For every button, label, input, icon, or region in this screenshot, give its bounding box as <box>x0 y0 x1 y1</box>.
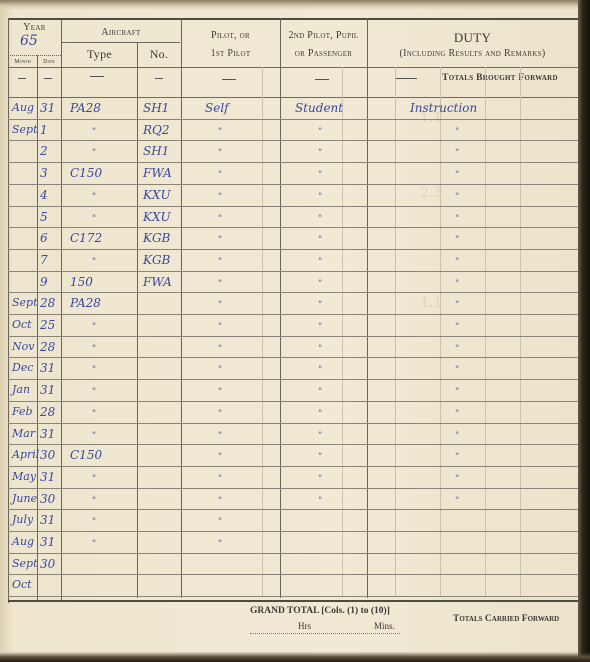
cell-second-pilot: " <box>318 214 322 224</box>
cell-date: 4 <box>40 188 48 202</box>
cell-pilot: " <box>218 517 222 527</box>
cell-month: Feb <box>12 405 33 418</box>
cell-duty: " <box>455 257 459 267</box>
cell-date: 3 <box>40 166 48 180</box>
cell-aircraft-type: " <box>92 474 96 484</box>
row-rule <box>8 379 578 380</box>
cell-aircraft-type: " <box>92 539 96 549</box>
dash <box>222 79 236 80</box>
dash <box>18 78 26 79</box>
mins-label: Mins. <box>374 621 395 631</box>
cell-month: Sept <box>12 557 38 570</box>
cell-duty: " <box>455 344 459 354</box>
cell-aircraft-no: FWA <box>143 166 172 180</box>
cell-aircraft-no: KXU <box>143 210 171 224</box>
cell-month: July <box>12 513 33 526</box>
page-bottom-edge <box>0 652 590 662</box>
col-line-second-duty <box>367 18 368 598</box>
cell-duty: " <box>455 235 459 245</box>
row-rule <box>8 206 578 207</box>
cell-pilot: " <box>218 257 222 267</box>
faint-col-line <box>440 67 441 597</box>
cell-aircraft-no: KGB <box>143 231 170 245</box>
dash <box>90 76 104 77</box>
month-label: Month <box>8 59 37 65</box>
cell-second-pilot: " <box>318 365 322 375</box>
cell-second-pilot: " <box>318 387 322 397</box>
col-line-left <box>8 18 9 603</box>
cell-pilot: " <box>218 409 222 419</box>
cell-month: April <box>12 448 39 461</box>
cell-pilot: " <box>218 214 222 224</box>
duty-title: DUTY <box>367 30 578 46</box>
cell-duty: " <box>455 214 459 224</box>
no-label: No. <box>137 47 181 62</box>
cell-pilot: " <box>218 300 222 310</box>
type-label: Type <box>62 47 137 62</box>
cell-aircraft-type: C150 <box>70 166 102 180</box>
header-bottom-rule <box>8 67 578 68</box>
cell-month: Mar <box>12 427 35 440</box>
cell-pilot: " <box>218 431 222 441</box>
cell-second-pilot: " <box>318 452 322 462</box>
cell-date: 5 <box>40 210 48 224</box>
aircraft-subheader-rule <box>62 42 180 43</box>
dash <box>44 78 52 79</box>
cell-second-pilot: " <box>318 192 322 202</box>
cell-second-pilot: " <box>318 300 322 310</box>
cell-date: 25 <box>40 318 55 332</box>
row-rule <box>8 119 578 120</box>
faint-col-line <box>342 67 343 597</box>
row-rule <box>8 271 578 272</box>
cell-second-pilot: " <box>318 148 322 158</box>
cell-month: Aug <box>12 535 34 548</box>
cell-aircraft-type: " <box>92 409 96 419</box>
cell-aircraft-no: KGB <box>143 253 170 267</box>
cell-aircraft-type: " <box>92 127 96 137</box>
row-rule <box>8 423 578 424</box>
cell-duty: " <box>455 127 459 137</box>
row-rule <box>8 162 578 163</box>
hrs-label: Hrs <box>298 621 311 631</box>
col-line-date-aircraft <box>61 18 62 600</box>
row-rule <box>8 401 578 402</box>
cell-second-pilot: " <box>318 257 322 267</box>
cell-second-pilot: " <box>318 235 322 245</box>
row-rule <box>8 140 578 141</box>
cell-second-pilot: " <box>318 431 322 441</box>
cell-duty: " <box>455 300 459 310</box>
year-dotted-rule <box>8 55 61 57</box>
col-line-no-pilot <box>181 18 182 598</box>
cell-pilot: " <box>218 474 222 484</box>
cell-month: Oct <box>12 318 32 331</box>
cell-aircraft-type: PA28 <box>70 101 101 115</box>
row-rule <box>8 314 578 315</box>
page-top-shadow <box>0 0 590 10</box>
row-rule <box>8 488 578 489</box>
cell-month: Sept <box>12 123 38 136</box>
cell-date: 31 <box>40 470 55 484</box>
second-pilot-label: 2nd Pilot, Pupil <box>280 30 367 41</box>
cell-date: 30 <box>40 448 55 462</box>
cell-date: 31 <box>40 361 55 375</box>
cell-date: 7 <box>40 253 48 267</box>
cell-pilot: " <box>218 387 222 397</box>
footer-rule <box>8 600 578 602</box>
bleed-through-text: 1.1 <box>420 295 442 311</box>
cell-pilot: " <box>218 322 222 332</box>
row-rule <box>8 357 578 358</box>
cell-aircraft-type: " <box>92 322 96 332</box>
faint-col-line <box>485 67 486 597</box>
cell-pilot: " <box>218 127 222 137</box>
cell-date: 6 <box>40 231 48 245</box>
cell-aircraft-type: PA28 <box>70 296 101 310</box>
cell-date: 31 <box>40 513 55 527</box>
cell-aircraft-type: " <box>92 496 96 506</box>
cell-date: 2 <box>40 144 48 158</box>
cell-aircraft-no: SH1 <box>143 144 169 158</box>
row-rule <box>8 227 578 228</box>
totals-brought-forward: Totals Brought Forward <box>430 73 570 83</box>
cell-pilot: " <box>218 148 222 158</box>
cell-aircraft-no: KXU <box>143 188 171 202</box>
row-rule <box>8 184 578 185</box>
cell-duty: " <box>455 170 459 180</box>
cell-second-pilot: " <box>318 474 322 484</box>
cell-date: 1 <box>40 123 48 137</box>
cell-month: June <box>12 492 37 505</box>
cell-aircraft-type: " <box>92 257 96 267</box>
aircraft-label: Aircraft <box>62 27 180 38</box>
book-binding-shadow <box>578 0 590 662</box>
cell-date: 28 <box>40 340 55 354</box>
cell-duty: Instruction <box>410 101 477 115</box>
col-line-month-date <box>37 55 38 600</box>
year-value: 65 <box>20 33 38 49</box>
cell-pilot: " <box>218 344 222 354</box>
bleed-through-text: 2.3 <box>420 185 442 201</box>
cell-second-pilot: " <box>318 344 322 354</box>
cell-date: 30 <box>40 492 55 506</box>
pilot-label-line2: 1st Pilot <box>181 48 280 59</box>
cell-duty: " <box>455 148 459 158</box>
row-rule <box>8 336 578 337</box>
cell-month: Oct <box>12 578 32 591</box>
cell-duty: " <box>455 409 459 419</box>
grand-total-label: GRAND TOTAL [Cols. (1) to (10)] <box>250 606 390 616</box>
cell-aircraft-type: " <box>92 365 96 375</box>
dash <box>395 78 417 79</box>
date-label: Date <box>37 59 61 65</box>
cell-date: 9 <box>40 275 48 289</box>
cell-pilot: " <box>218 539 222 549</box>
cell-month: Aug <box>12 101 34 114</box>
cell-date: 28 <box>40 296 55 310</box>
duty-subtitle: (Including Results and Remarks) <box>367 48 578 59</box>
faint-col-line <box>262 67 263 597</box>
cell-second-pilot: " <box>318 127 322 137</box>
cell-second-pilot: Student <box>295 101 343 115</box>
cell-pilot: " <box>218 365 222 375</box>
cell-duty: " <box>455 496 459 506</box>
cell-aircraft-type: " <box>92 517 96 527</box>
cell-month: Sept <box>12 296 38 309</box>
cell-month: Dec <box>12 361 34 374</box>
cell-duty: " <box>455 279 459 289</box>
cell-pilot: " <box>218 496 222 506</box>
row-rule <box>8 444 578 445</box>
faint-col-line <box>520 67 521 597</box>
cell-duty: " <box>455 322 459 332</box>
cell-aircraft-type: " <box>92 387 96 397</box>
row-rule <box>8 596 578 597</box>
cell-duty: " <box>455 365 459 375</box>
cell-date: 28 <box>40 405 55 419</box>
cell-second-pilot: " <box>318 496 322 506</box>
cell-date: 31 <box>40 427 55 441</box>
cell-pilot: " <box>218 452 222 462</box>
header-top-rule <box>8 18 578 20</box>
dash <box>315 79 329 80</box>
cell-duty: " <box>455 452 459 462</box>
cell-month: Nov <box>12 340 34 353</box>
cell-aircraft-no: RQ2 <box>143 123 170 137</box>
brought-forward-rule <box>8 97 578 98</box>
dash <box>155 78 163 79</box>
cell-second-pilot: " <box>318 409 322 419</box>
cell-aircraft-type: 150 <box>70 275 93 289</box>
cell-pilot: " <box>218 279 222 289</box>
cell-second-pilot: " <box>318 170 322 180</box>
cell-aircraft-type: C172 <box>70 231 102 245</box>
row-rule <box>8 292 578 293</box>
cell-pilot: " <box>218 170 222 180</box>
cell-pilot: " <box>218 235 222 245</box>
cell-date: 31 <box>40 535 55 549</box>
cell-duty: " <box>455 387 459 397</box>
cell-aircraft-type: C150 <box>70 448 102 462</box>
cell-second-pilot: " <box>318 322 322 332</box>
cell-duty: " <box>455 474 459 484</box>
cell-aircraft-no: SH1 <box>143 101 169 115</box>
cell-aircraft-type: " <box>92 431 96 441</box>
cell-aircraft-type: " <box>92 192 96 202</box>
row-rule <box>8 574 578 575</box>
cell-aircraft-type: " <box>92 148 96 158</box>
pilot-label: Pilot, or <box>181 30 280 41</box>
cell-pilot: Self <box>205 101 229 115</box>
cell-date: 30 <box>40 557 55 571</box>
cell-date: 31 <box>40 383 55 397</box>
cell-duty: " <box>455 431 459 441</box>
row-rule <box>8 553 578 554</box>
col-line-pilot-second <box>280 18 281 598</box>
totals-carried-forward: Totals Carried Forward <box>453 614 559 624</box>
col-line-type-no <box>137 42 138 598</box>
row-rule <box>8 531 578 532</box>
cell-month: May <box>12 470 36 483</box>
cell-aircraft-no: FWA <box>143 275 172 289</box>
row-rule <box>8 509 578 510</box>
faint-col-line <box>395 67 396 597</box>
cell-month: Jan <box>12 383 30 396</box>
cell-pilot: " <box>218 192 222 202</box>
row-rule <box>8 249 578 250</box>
cell-duty: " <box>455 192 459 202</box>
second-pilot-label-line2: or Passenger <box>280 48 367 59</box>
cell-aircraft-type: " <box>92 214 96 224</box>
cell-aircraft-type: " <box>92 344 96 354</box>
cell-second-pilot: " <box>318 279 322 289</box>
cell-date: 31 <box>40 101 55 115</box>
row-rule <box>8 466 578 467</box>
year-label: Year <box>8 22 61 33</box>
